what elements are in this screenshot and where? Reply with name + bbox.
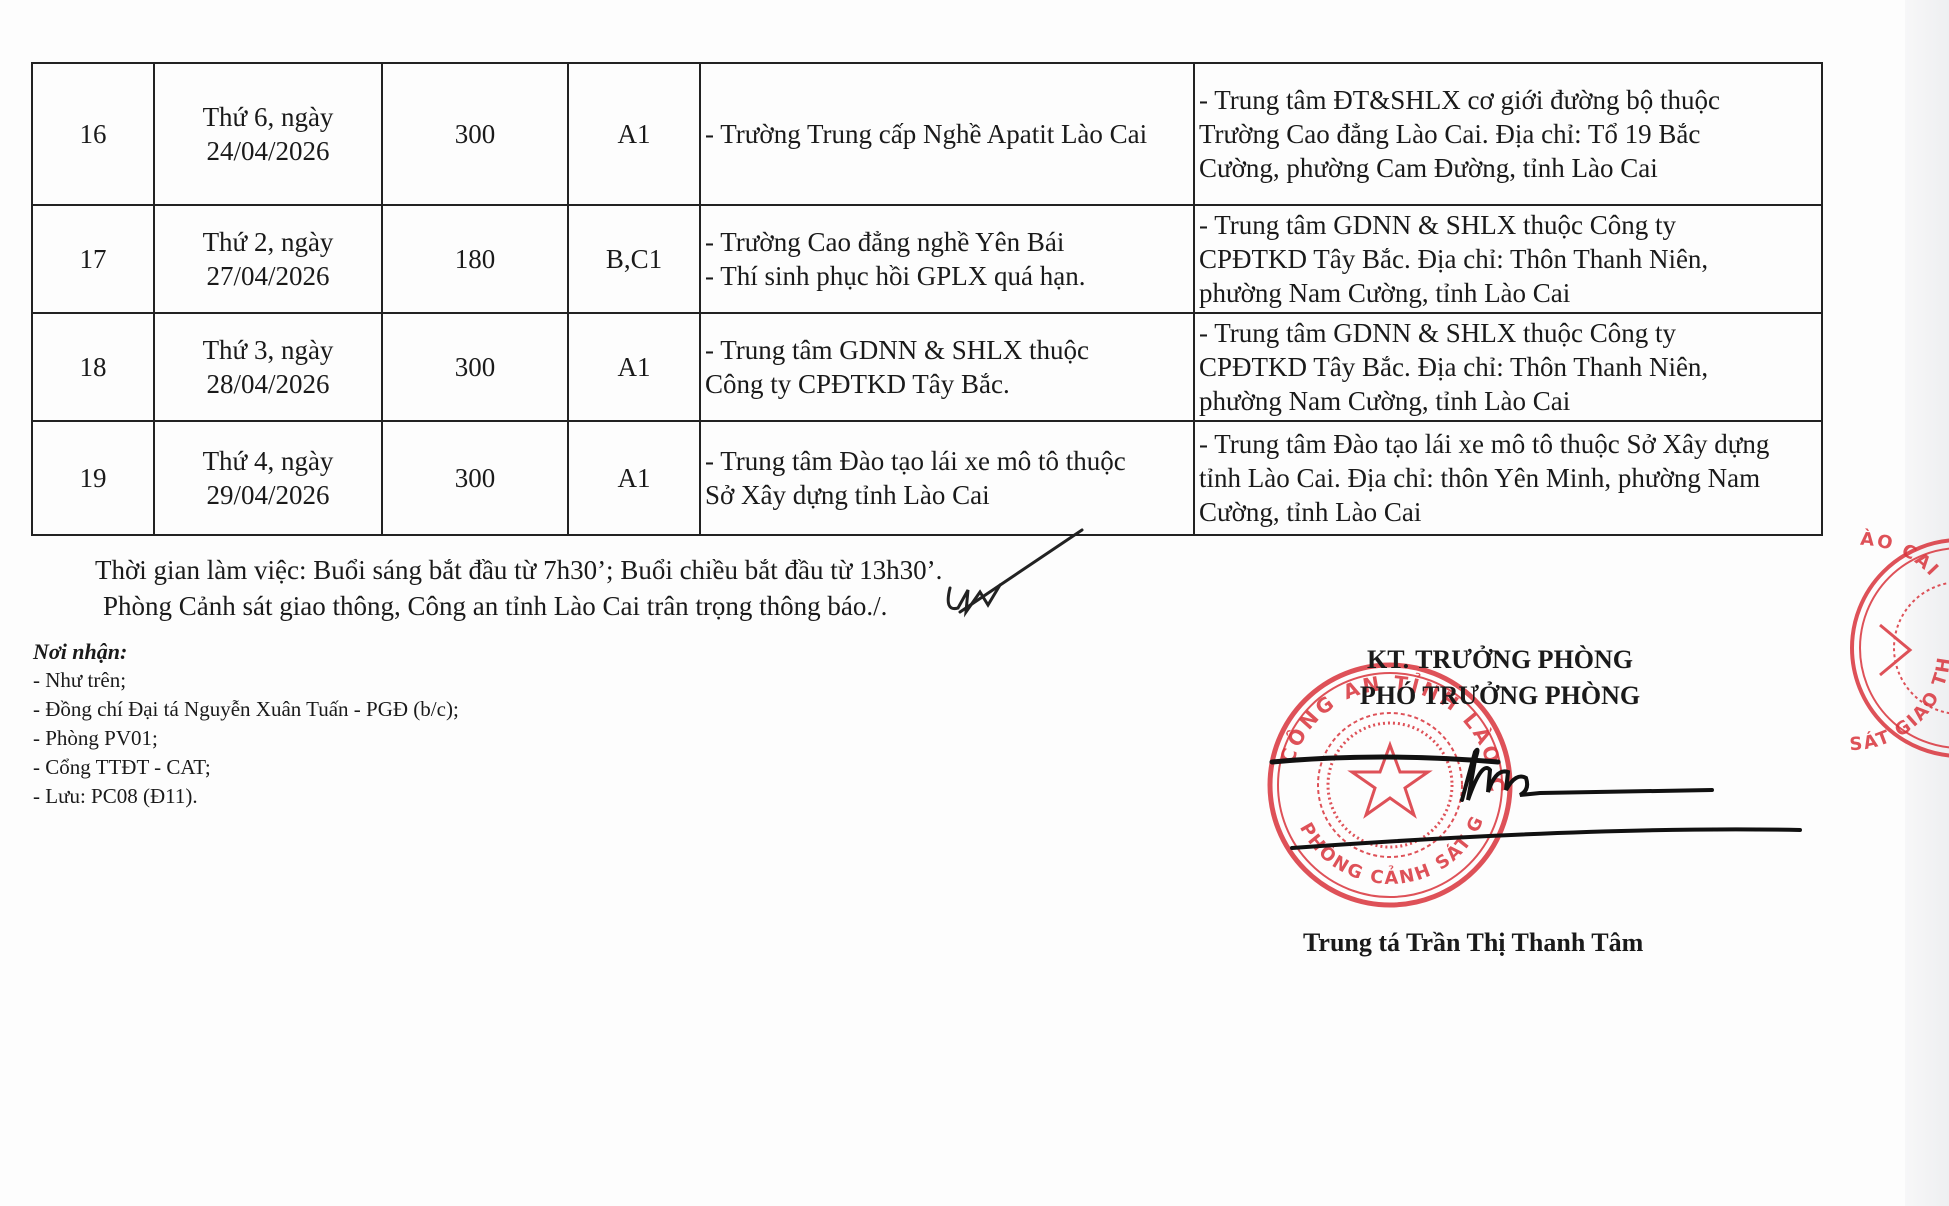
cell-stt: 17 bbox=[32, 205, 154, 313]
place-line: phường Nam Cường, tỉnh Lào Cai bbox=[1199, 384, 1817, 418]
place-line: Cường, tỉnh Lào Cai bbox=[1199, 495, 1817, 529]
working-hours-text: Thời gian làm việc: Buổi sáng bắt đầu từ… bbox=[95, 552, 942, 588]
cell-training-unit: - Trung tâm Đào tạo lái xe mô tô thuộcSở… bbox=[700, 421, 1194, 535]
date-line: Thứ 3, ngày bbox=[159, 333, 377, 367]
cell-date: Thứ 3, ngày28/04/2026 bbox=[154, 313, 382, 421]
place-line: tỉnh Lào Cai. Địa chỉ: thôn Yên Minh, ph… bbox=[1199, 461, 1817, 495]
cell-stt: 18 bbox=[32, 313, 154, 421]
footer-note: Thời gian làm việc: Buổi sáng bắt đầu từ… bbox=[95, 552, 942, 624]
unit-line: Sở Xây dựng tỉnh Lào Cai bbox=[705, 478, 1189, 512]
place-line: Trường Cao đẳng Lào Cai. Địa chỉ: Tổ 19 … bbox=[1199, 117, 1817, 151]
cell-date: Thứ 4, ngày29/04/2026 bbox=[154, 421, 382, 535]
unit-line: - Trung tâm Đào tạo lái xe mô tô thuộc bbox=[705, 444, 1189, 478]
signer-name: Trung tá Trần Thị Thanh Tâm bbox=[1303, 928, 1643, 958]
date-line: 27/04/2026 bbox=[159, 259, 377, 293]
cell-exam-place: - Trung tâm GDNN & SHLX thuộc Công tyCPĐ… bbox=[1194, 313, 1822, 421]
cell-training-unit: - Trung tâm GDNN & SHLX thuộcCông ty CPĐ… bbox=[700, 313, 1194, 421]
recipient-item: - Đồng chí Đại tá Nguyễn Xuân Tuấn - PGĐ… bbox=[33, 695, 459, 724]
table-row: 17Thứ 2, ngày27/04/2026180B,C1- Trường C… bbox=[32, 205, 1822, 313]
table-row: 19Thứ 4, ngày29/04/2026300A1- Trung tâm … bbox=[32, 421, 1822, 535]
cell-quantity: 300 bbox=[382, 421, 568, 535]
place-line: - Trung tâm ĐT&SHLX cơ giới đường bộ thu… bbox=[1199, 83, 1817, 117]
handwritten-signature-icon bbox=[1272, 750, 1800, 848]
date-line: 28/04/2026 bbox=[159, 367, 377, 401]
unit-line: - Thí sinh phục hồi GPLX quá hạn. bbox=[705, 259, 1189, 293]
signature-title-block: KT. TRƯỞNG PHÒNG PHÓ TRƯỞNG PHÒNG bbox=[1290, 642, 1710, 714]
unit-line: - Trường Cao đẳng nghề Yên Bái bbox=[705, 225, 1189, 259]
cell-license-class: A1 bbox=[568, 63, 700, 205]
cell-date: Thứ 6, ngày24/04/2026 bbox=[154, 63, 382, 205]
cell-quantity: 180 bbox=[382, 205, 568, 313]
unit-line: Công ty CPĐTKD Tây Bắc. bbox=[705, 367, 1189, 401]
table-row: 18Thứ 3, ngày28/04/2026300A1- Trung tâm … bbox=[32, 313, 1822, 421]
exam-schedule-table: 16Thứ 6, ngày24/04/2026300A1- Trường Tru… bbox=[31, 62, 1823, 536]
place-line: - Trung tâm GDNN & SHLX thuộc Công ty bbox=[1199, 208, 1817, 242]
signature-title-line1: KT. TRƯỞNG PHÒNG bbox=[1290, 642, 1710, 678]
cell-license-class: A1 bbox=[568, 421, 700, 535]
place-line: CPĐTKD Tây Bắc. Địa chỉ: Thôn Thanh Niên… bbox=[1199, 242, 1817, 276]
place-line: CPĐTKD Tây Bắc. Địa chỉ: Thôn Thanh Niên… bbox=[1199, 350, 1817, 384]
unit-line: - Trung tâm GDNN & SHLX thuộc bbox=[705, 333, 1189, 367]
initials-mark-icon bbox=[948, 530, 1082, 612]
place-line: - Trung tâm Đào tạo lái xe mô tô thuộc S… bbox=[1199, 427, 1817, 461]
date-line: Thứ 2, ngày bbox=[159, 225, 377, 259]
cell-quantity: 300 bbox=[382, 63, 568, 205]
unit-line: - Trường Trung cấp Nghề Apatit Lào Cai bbox=[705, 117, 1189, 151]
date-line: Thứ 6, ngày bbox=[159, 100, 377, 134]
place-line: phường Nam Cường, tỉnh Lào Cai bbox=[1199, 276, 1817, 310]
table-row: 16Thứ 6, ngày24/04/2026300A1- Trường Tru… bbox=[32, 63, 1822, 205]
recipients-heading: Nơi nhận: bbox=[33, 637, 459, 666]
announcement-text: Phòng Cảnh sát giao thông, Công an tỉnh … bbox=[103, 588, 942, 624]
recipient-item: - Phòng PV01; bbox=[33, 724, 459, 753]
cell-license-class: B,C1 bbox=[568, 205, 700, 313]
date-line: 24/04/2026 bbox=[159, 134, 377, 168]
recipients-block: Nơi nhận: - Như trên; - Đồng chí Đại tá … bbox=[33, 637, 459, 811]
recipient-item: - Lưu: PC08 (Đ11). bbox=[33, 782, 459, 811]
cell-exam-place: - Trung tâm Đào tạo lái xe mô tô thuộc S… bbox=[1194, 421, 1822, 535]
place-line: - Trung tâm GDNN & SHLX thuộc Công ty bbox=[1199, 316, 1817, 350]
cell-stt: 16 bbox=[32, 63, 154, 205]
date-line: Thứ 4, ngày bbox=[159, 444, 377, 478]
date-line: 29/04/2026 bbox=[159, 478, 377, 512]
cell-training-unit: - Trường Trung cấp Nghề Apatit Lào Cai bbox=[700, 63, 1194, 205]
cell-date: Thứ 2, ngày27/04/2026 bbox=[154, 205, 382, 313]
cell-exam-place: - Trung tâm ĐT&SHLX cơ giới đường bộ thu… bbox=[1194, 63, 1822, 205]
cell-license-class: A1 bbox=[568, 313, 700, 421]
place-line: Cường, phường Cam Đường, tỉnh Lào Cai bbox=[1199, 151, 1817, 185]
recipient-item: - Cổng TTĐT - CAT; bbox=[33, 753, 459, 782]
cell-stt: 19 bbox=[32, 421, 154, 535]
cell-exam-place: - Trung tâm GDNN & SHLX thuộc Công tyCPĐ… bbox=[1194, 205, 1822, 313]
cell-quantity: 300 bbox=[382, 313, 568, 421]
signature-title-line2: PHÓ TRƯỞNG PHÒNG bbox=[1290, 678, 1710, 714]
recipient-item: - Như trên; bbox=[33, 666, 459, 695]
cell-training-unit: - Trường Cao đẳng nghề Yên Bái- Thí sinh… bbox=[700, 205, 1194, 313]
paper-edge-shadow bbox=[1905, 0, 1949, 1206]
